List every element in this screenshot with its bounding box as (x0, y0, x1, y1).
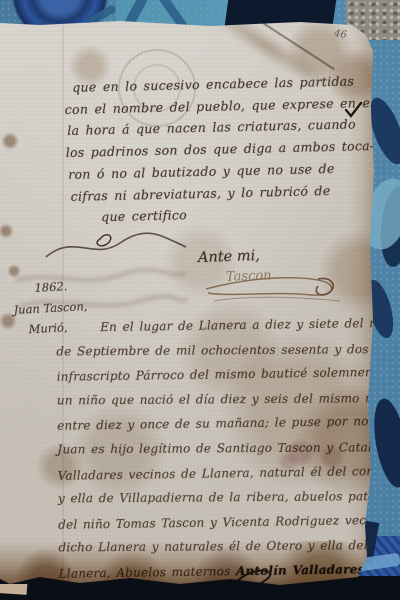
fabric-fern-leaf (368, 396, 400, 490)
signature-name: Tascon (226, 268, 272, 285)
closing-note-block: que en lo sucesivo encabece las partidas… (64, 70, 396, 229)
photo-of-manuscript: 46 que en lo sucesivo encabece las parti… (0, 0, 400, 600)
manuscript-page: 46 que en lo sucesivo encabece las parti… (0, 21, 378, 587)
page-number: 46 (333, 28, 347, 41)
attestation-text: Ante mi, (198, 248, 260, 266)
priest-signature: Tascon (200, 267, 360, 317)
signature-rubric-flourish (200, 267, 360, 317)
